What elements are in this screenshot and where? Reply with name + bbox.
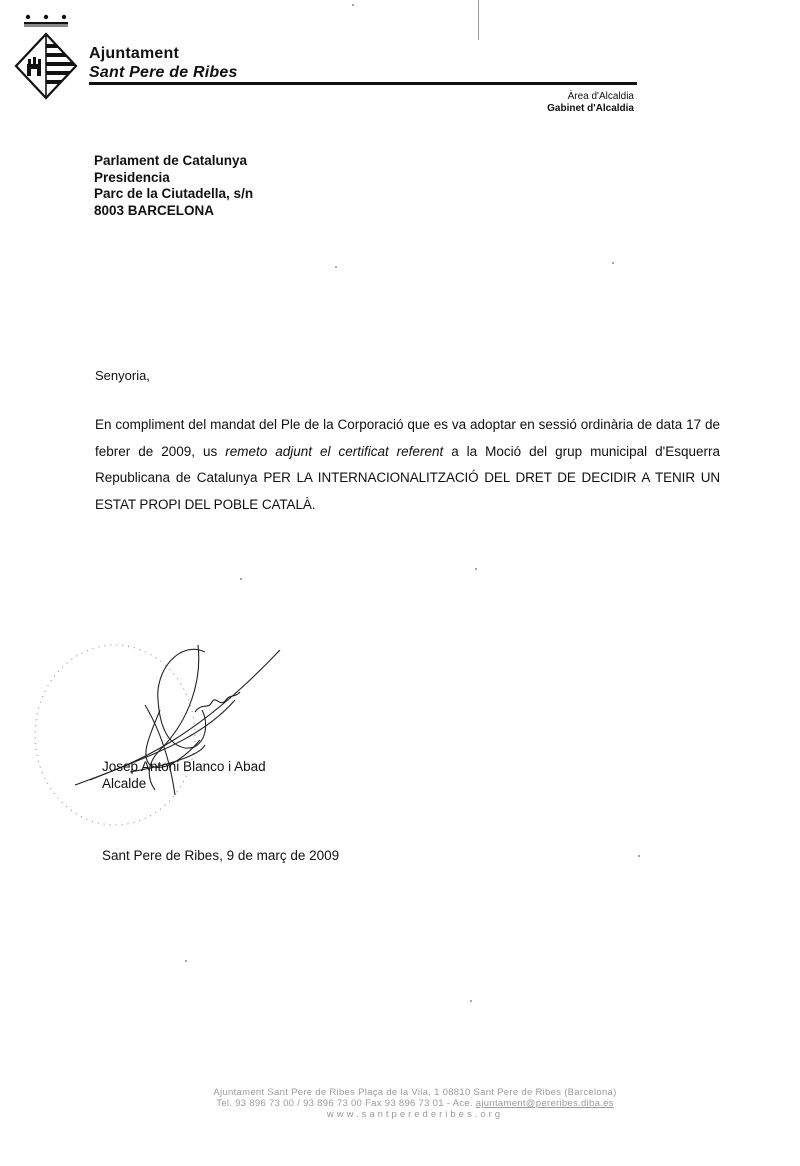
date-line: Sant Pere de Ribes, 9 de març de 2009 [102, 848, 339, 863]
scan-speck [185, 960, 187, 962]
recipient-line4: 8003 BARCELONA [94, 203, 253, 220]
scan-line [478, 0, 479, 40]
organization-name: Ajuntament Sant Pere de Ribes [89, 44, 238, 82]
organization-name-line2: Sant Pere de Ribes [89, 63, 238, 82]
recipient-line3: Parc de la Ciutadella, s/n [94, 186, 253, 203]
scan-speck [470, 1000, 472, 1002]
body-part2: remeto adjunt el certificat referent [225, 444, 443, 459]
signer-block: Josep Antoni Blanco i Abad Alcalde [102, 758, 266, 792]
scan-speck [335, 266, 337, 268]
scan-speck [475, 568, 477, 570]
department-line2: Gabinet d'Alcaldia [547, 103, 634, 115]
coat-of-arms-icon [10, 12, 78, 102]
recipient-line1: Parlament de Catalunya [94, 153, 253, 170]
footer-website-link[interactable]: www.santperederibes.org [160, 1109, 670, 1120]
letter-footer: Ajuntament Sant Pere de Ribes Plaça de l… [160, 1087, 670, 1120]
footer-phone-fax: Tel. 93 896 73 00 / 93 896 73 00 Fax 93 … [216, 1098, 476, 1109]
scan-speck [352, 4, 354, 6]
scan-speck [612, 262, 614, 264]
signer-name: Josep Antoni Blanco i Abad [102, 758, 266, 775]
footer-address: Ajuntament Sant Pere de Ribes Plaça de l… [160, 1087, 670, 1098]
signer-title: Alcalde [102, 775, 266, 792]
department-line1: Àrea d'Alcaldia [547, 91, 634, 103]
footer-email-link[interactable]: ajuntament@pereribes.diba.es [476, 1098, 614, 1109]
footer-contact: Tel. 93 896 73 00 / 93 896 73 00 Fax 93 … [160, 1098, 670, 1109]
recipient-address: Parlament de Catalunya Presidencia Parc … [94, 153, 253, 219]
header-rule [89, 82, 637, 85]
department-label: Àrea d'Alcaldia Gabinet d'Alcaldia [547, 91, 634, 115]
salutation: Senyoria, [95, 368, 150, 383]
letter-body: En compliment del mandat del Ple de la C… [95, 412, 720, 518]
organization-name-line1: Ajuntament [89, 44, 238, 63]
recipient-line2: Presidencia [94, 170, 253, 187]
scan-speck [638, 855, 640, 857]
handwritten-signature-icon [30, 640, 330, 840]
scan-speck [240, 578, 242, 580]
